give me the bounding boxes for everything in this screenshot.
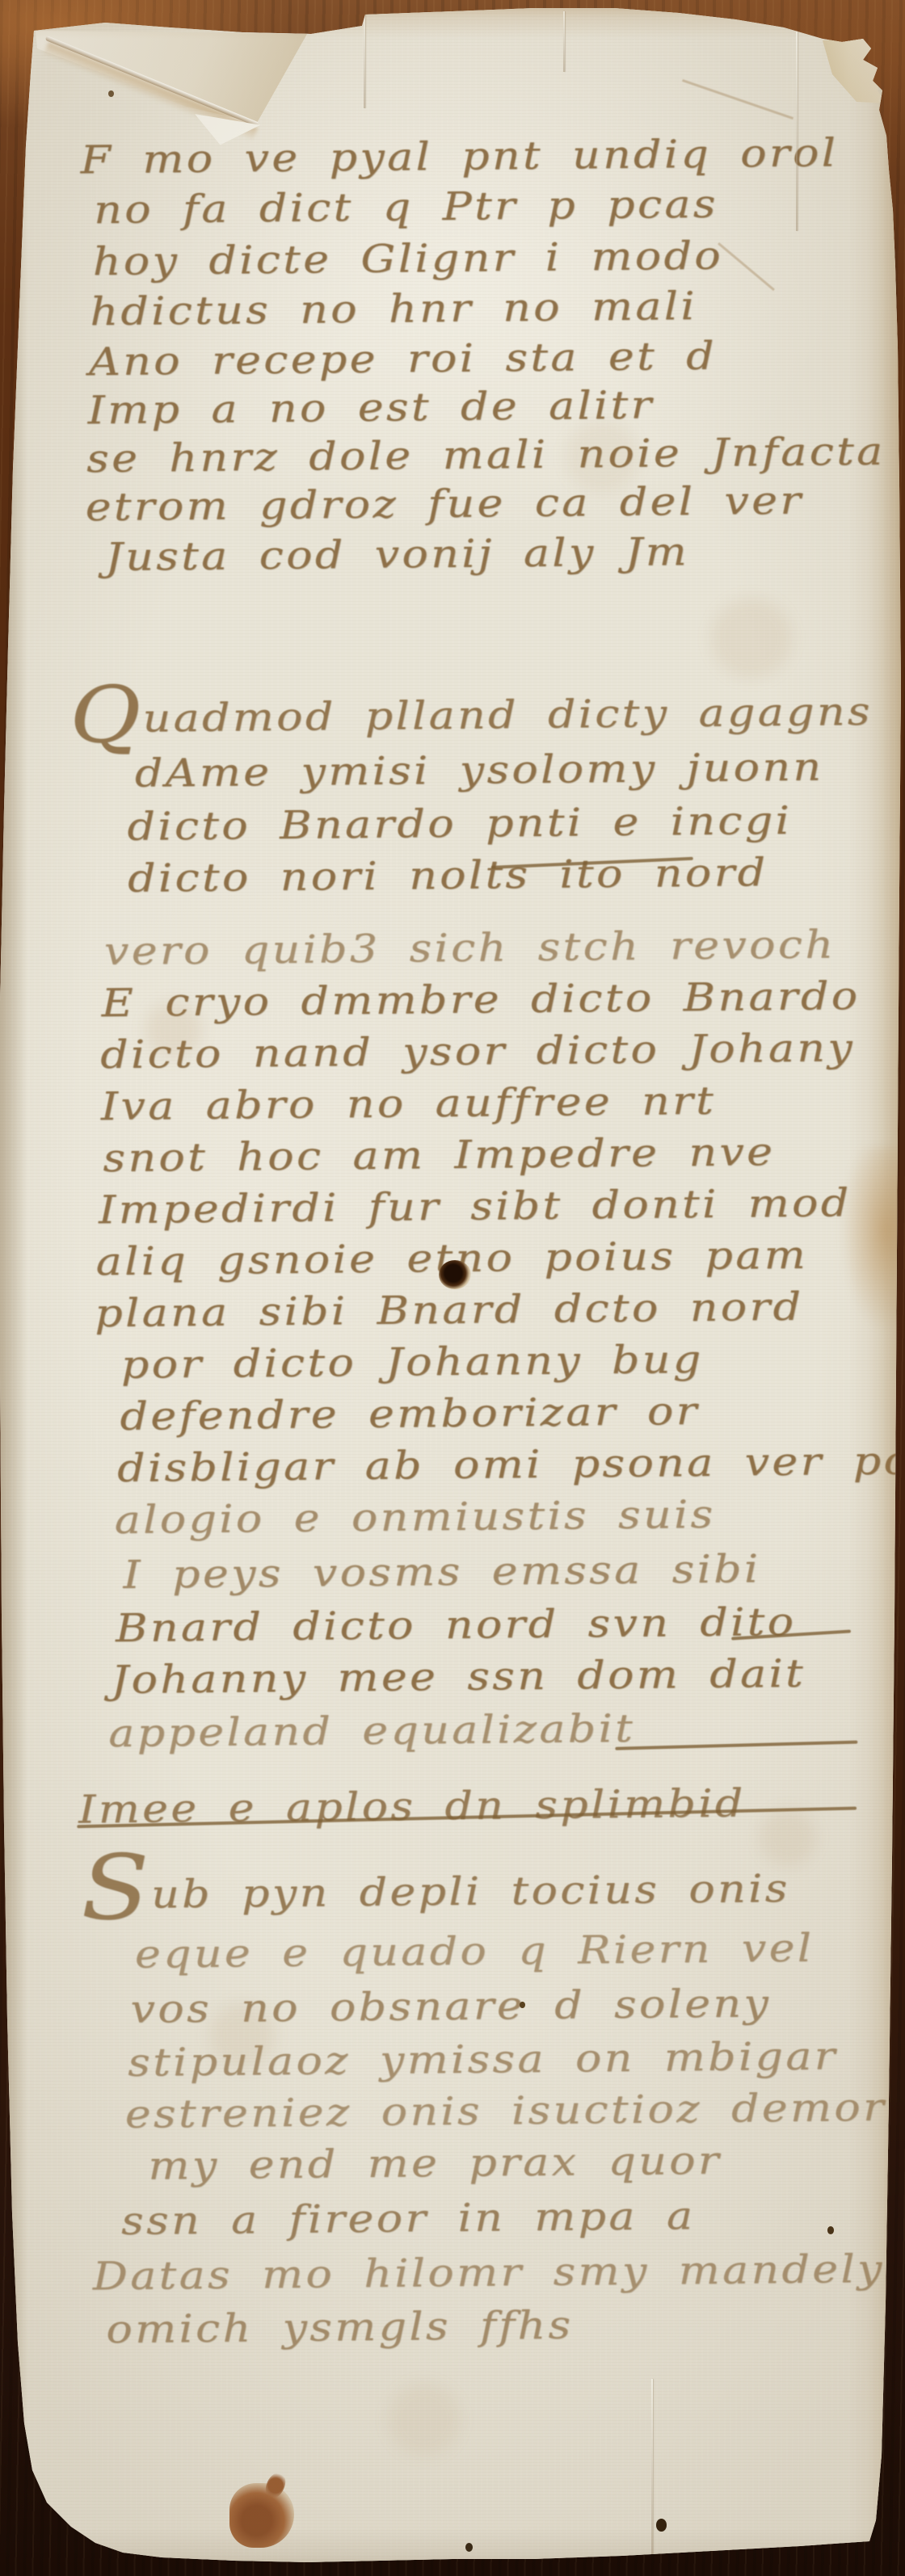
ink-speck bbox=[656, 2519, 667, 2532]
manuscript-line: ssn a fireor in mpa a bbox=[121, 2196, 696, 2241]
manuscript-line: omich ysmgls ffhs bbox=[106, 2306, 574, 2350]
paper-crease bbox=[563, 11, 565, 72]
foxing-stain bbox=[388, 2383, 461, 2456]
foxing-stain bbox=[711, 598, 792, 679]
manuscript-line: plana sibi Bnard dcto nord bbox=[95, 1288, 803, 1333]
paper-crease bbox=[364, 11, 365, 108]
manuscript-line: defendre emborizar or bbox=[120, 1392, 700, 1436]
manuscript-line: Justa cod vonij aly Jm bbox=[105, 532, 689, 577]
manuscript-line: se hnrz dole mali noie Jnfacta bbox=[86, 432, 886, 478]
strikethrough-stroke bbox=[615, 1741, 857, 1750]
manuscript-line: E cryo dmmbre dicto Bnardo bbox=[101, 977, 860, 1023]
oversized-initial: Q bbox=[69, 669, 141, 760]
manuscript-line: dicto nand ysor dicto Johany bbox=[100, 1028, 855, 1074]
manuscript-line: Impedirdi fur sibt donti mod bbox=[99, 1183, 852, 1229]
worm-hole bbox=[439, 1260, 471, 1289]
manuscript-line: Ano recepe roi sta et d bbox=[89, 337, 717, 381]
manuscript-line: Sub pyn depli tocius onis bbox=[81, 1869, 790, 1914]
manuscript-line: Datas mo hilomr smy mandely bbox=[92, 2250, 884, 2296]
oversized-initial: S bbox=[80, 1837, 149, 1941]
manuscript-photo: F mo ve pyal pnt undiq orolno fa dict q … bbox=[0, 0, 905, 2576]
manuscript-line: hoy dicte Glignr i modo bbox=[92, 237, 723, 281]
manuscript-line: no fa dict q Ptr p pcas bbox=[94, 185, 718, 229]
manuscript-line: disbligar ab omi psona ver po bbox=[117, 1442, 905, 1488]
foxing-stain bbox=[566, 420, 638, 493]
manuscript-line: dAme ymisi ysolomy juonn bbox=[135, 748, 824, 793]
manuscript-line: dicto Bnardo pnti e incgi bbox=[127, 801, 792, 847]
foxing-stain bbox=[760, 1809, 816, 1866]
manuscript-line: alogio e onmiustis suis bbox=[114, 1495, 715, 1540]
manuscript-line: eque e quado q Riern vel bbox=[135, 1929, 814, 1974]
manuscript-line: vero quib3 sich stch revoch bbox=[104, 925, 836, 971]
paper-crease bbox=[796, 29, 798, 231]
manuscript-line: snot hoc am Impedre nve bbox=[103, 1133, 775, 1178]
manuscript-line: my end me prax quor bbox=[148, 2141, 722, 2186]
manuscript-line: Quadmod plland dicty agagns bbox=[69, 692, 873, 739]
ink-speck bbox=[827, 2226, 834, 2234]
manuscript-line: hdictus no hnr no mali bbox=[90, 287, 697, 331]
manuscript-line: appeland equalizabit bbox=[108, 1709, 635, 1753]
manuscript-line: I peys vosms emssa sibi bbox=[123, 1549, 761, 1595]
manuscript-line: Iva abro no auffree nrt bbox=[101, 1082, 717, 1126]
foxing-stain bbox=[210, 2003, 275, 2068]
paper: F mo ve pyal pnt undiq orolno fa dict q … bbox=[0, 0, 905, 2576]
ink-speck bbox=[465, 2543, 473, 2552]
manuscript-line: Johanny mee ssn dom dait bbox=[111, 1654, 806, 1700]
manuscript-line: Imp a no est de alitr bbox=[87, 386, 654, 431]
manuscript-line: estreniez onis isuctioz demor bbox=[124, 2088, 886, 2134]
manuscript-line: por dicto Johanny bug bbox=[121, 1340, 704, 1385]
manuscript-line: Bnard dicto nord svn dito bbox=[116, 1603, 797, 1648]
paper-crease bbox=[651, 2379, 653, 2561]
manuscript-line: etrom gdroz fue ca del ver bbox=[85, 481, 803, 527]
manuscript-line: F mo ve pyal pnt undiq orol bbox=[80, 133, 838, 179]
foxing-stain bbox=[145, 1002, 202, 1058]
